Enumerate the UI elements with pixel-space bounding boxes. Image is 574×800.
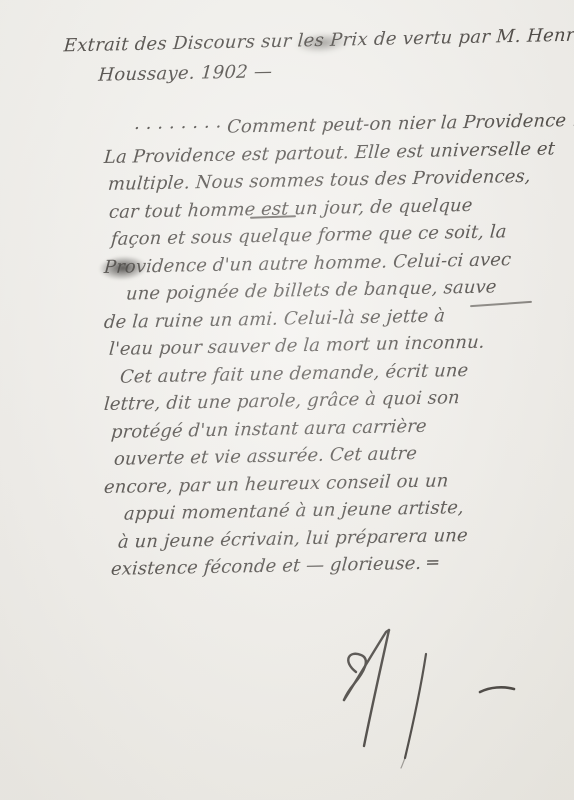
ink-smudge [293,31,350,55]
ink-blot [98,255,147,281]
signature-monogram [322,628,552,773]
manuscript-page: Extrait des Discours sur les Prix de ver… [0,0,574,800]
manuscript-body: · · · · · · · · Comment peut-on nier la … [104,116,564,584]
manuscript-header: Extrait des Discours sur les Prix de ver… [63,21,574,92]
